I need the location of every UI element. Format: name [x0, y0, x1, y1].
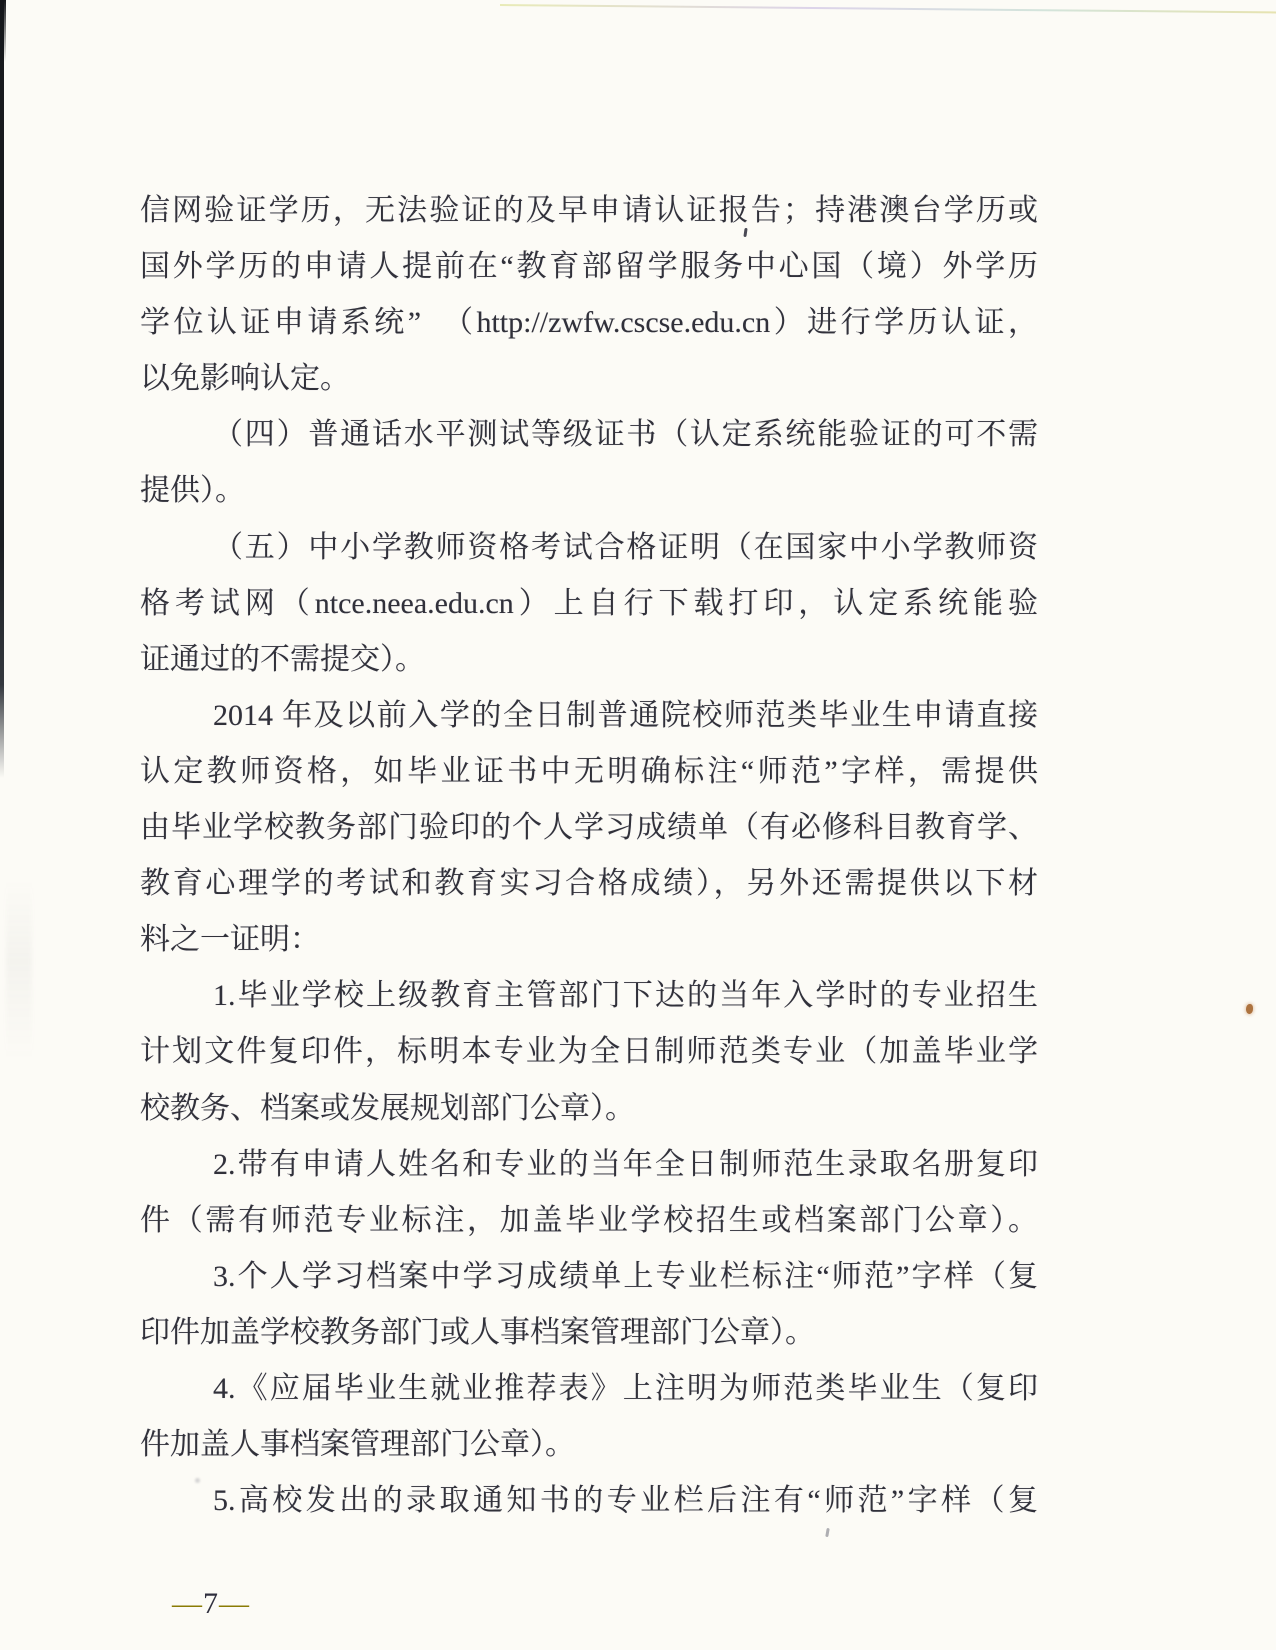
paragraph: 信网验证学历，无法验证的及早申请认证报告；持港澳台学历或国外学历的申请人提前在“… [140, 183, 1038, 407]
paragraph: （五）中小学教师资格考试合格证明（在国家中小学教师资格考试网（ntce.neea… [140, 520, 1038, 688]
text-line: 料之一证明： [140, 912, 1038, 968]
text-line: 格考试网（ntce.neea.edu.cn）上自行下载打印，认定系统能验 [140, 576, 1038, 632]
text-line: 2.带有申请人姓名和专业的当年全日制师范生录取名册复印 [140, 1137, 1038, 1193]
paragraph: 1.毕业学校上级教育主管部门下达的当年入学时的专业招生计划文件复印件，标明本专业… [140, 968, 1038, 1136]
text-line: （五）中小学教师资格考试合格证明（在国家中小学教师资 [140, 520, 1038, 576]
text-line: 印件加盖学校教务部门或人事档案管理部门公章）。 [140, 1305, 1038, 1361]
paragraph: （四）普通话水平测试等级证书（认定系统能验证的可不需提供）。 [140, 407, 1038, 519]
text-line: 计划文件复印件，标明本专业为全日制师范类专业（加盖毕业学 [140, 1024, 1038, 1080]
faint-speck [825, 1528, 830, 1537]
text-line: 国外学历的申请人提前在“教育部留学服务中心国（境）外学历 [140, 239, 1038, 295]
scan-top-line-artifact [500, 4, 1276, 13]
text-line: 教育心理学的考试和教育实习合格成绩），另外还需提供以下材 [140, 856, 1038, 912]
page-number-dash-left: — [172, 1587, 202, 1620]
text-line: 提供）。 [140, 463, 1038, 519]
text-line: 校教务、档案或发展规划部门公章）。 [140, 1081, 1038, 1137]
page-number-dash-right: — [219, 1587, 249, 1620]
text-line: 件（需有师范专业标注，加盖毕业学校招生或档案部门公章）。 [140, 1193, 1038, 1249]
text-line: 信网验证学历，无法验证的及早申请认证报告；持港澳台学历或 [140, 183, 1038, 239]
text-line: 学位认证申请系统” （http://zwfw.cscse.edu.cn）进行学历… [140, 295, 1038, 351]
text-line: 件加盖人事档案管理部门公章）。 [140, 1417, 1038, 1473]
ink-speck [1246, 1004, 1253, 1014]
scan-smudge [6, 880, 32, 1060]
scanned-page: 信网验证学历，无法验证的及早申请认证报告；持港澳台学历或国外学历的申请人提前在“… [0, 0, 1276, 1650]
paragraph: 2.带有申请人姓名和专业的当年全日制师范生录取名册复印件（需有师范专业标注，加盖… [140, 1137, 1038, 1249]
paragraph: 4.《应届毕业生就业推荐表》上注明为师范类毕业生（复印件加盖人事档案管理部门公章… [140, 1361, 1038, 1473]
text-line: 3.个人学习档案中学习成绩单上专业栏标注“师范”字样（复 [140, 1249, 1038, 1305]
text-line: 由毕业学校教务部门验印的个人学习成绩单（有必修科目教育学、 [140, 800, 1038, 856]
scan-edge-shadow-top [0, 0, 6, 62]
text-line: 4.《应届毕业生就业推荐表》上注明为师范类毕业生（复印 [140, 1361, 1038, 1417]
text-line: 以免影响认定。 [140, 351, 1038, 407]
document-text: 信网验证学历，无法验证的及早申请认证报告；持港澳台学历或国外学历的申请人提前在“… [140, 183, 1038, 1529]
paragraph: 3.个人学习档案中学习成绩单上专业栏标注“师范”字样（复印件加盖学校教务部门或人… [140, 1249, 1038, 1361]
page-number: —7— [172, 1586, 249, 1622]
faint-speck [195, 1478, 200, 1483]
page-number-value: 7 [202, 1587, 219, 1620]
text-line: 证通过的不需提交）。 [140, 632, 1038, 688]
text-line: 1.毕业学校上级教育主管部门下达的当年入学时的专业招生 [140, 968, 1038, 1024]
paragraph: 2014 年及以前入学的全日制普通院校师范类毕业生申请直接认定教师资格，如毕业证… [140, 688, 1038, 968]
text-line: 2014 年及以前入学的全日制普通院校师范类毕业生申请直接 [140, 688, 1038, 744]
scan-edge-shadow [0, 0, 4, 778]
paragraph: 5.高校发出的录取通知书的专业栏后注有“师范”字样（复 [140, 1473, 1038, 1529]
text-line: 认定教师资格，如毕业证书中无明确标注“师范”字样，需提供 [140, 744, 1038, 800]
text-line: 5.高校发出的录取通知书的专业栏后注有“师范”字样（复 [140, 1473, 1038, 1529]
text-line: （四）普通话水平测试等级证书（认定系统能验证的可不需 [140, 407, 1038, 463]
